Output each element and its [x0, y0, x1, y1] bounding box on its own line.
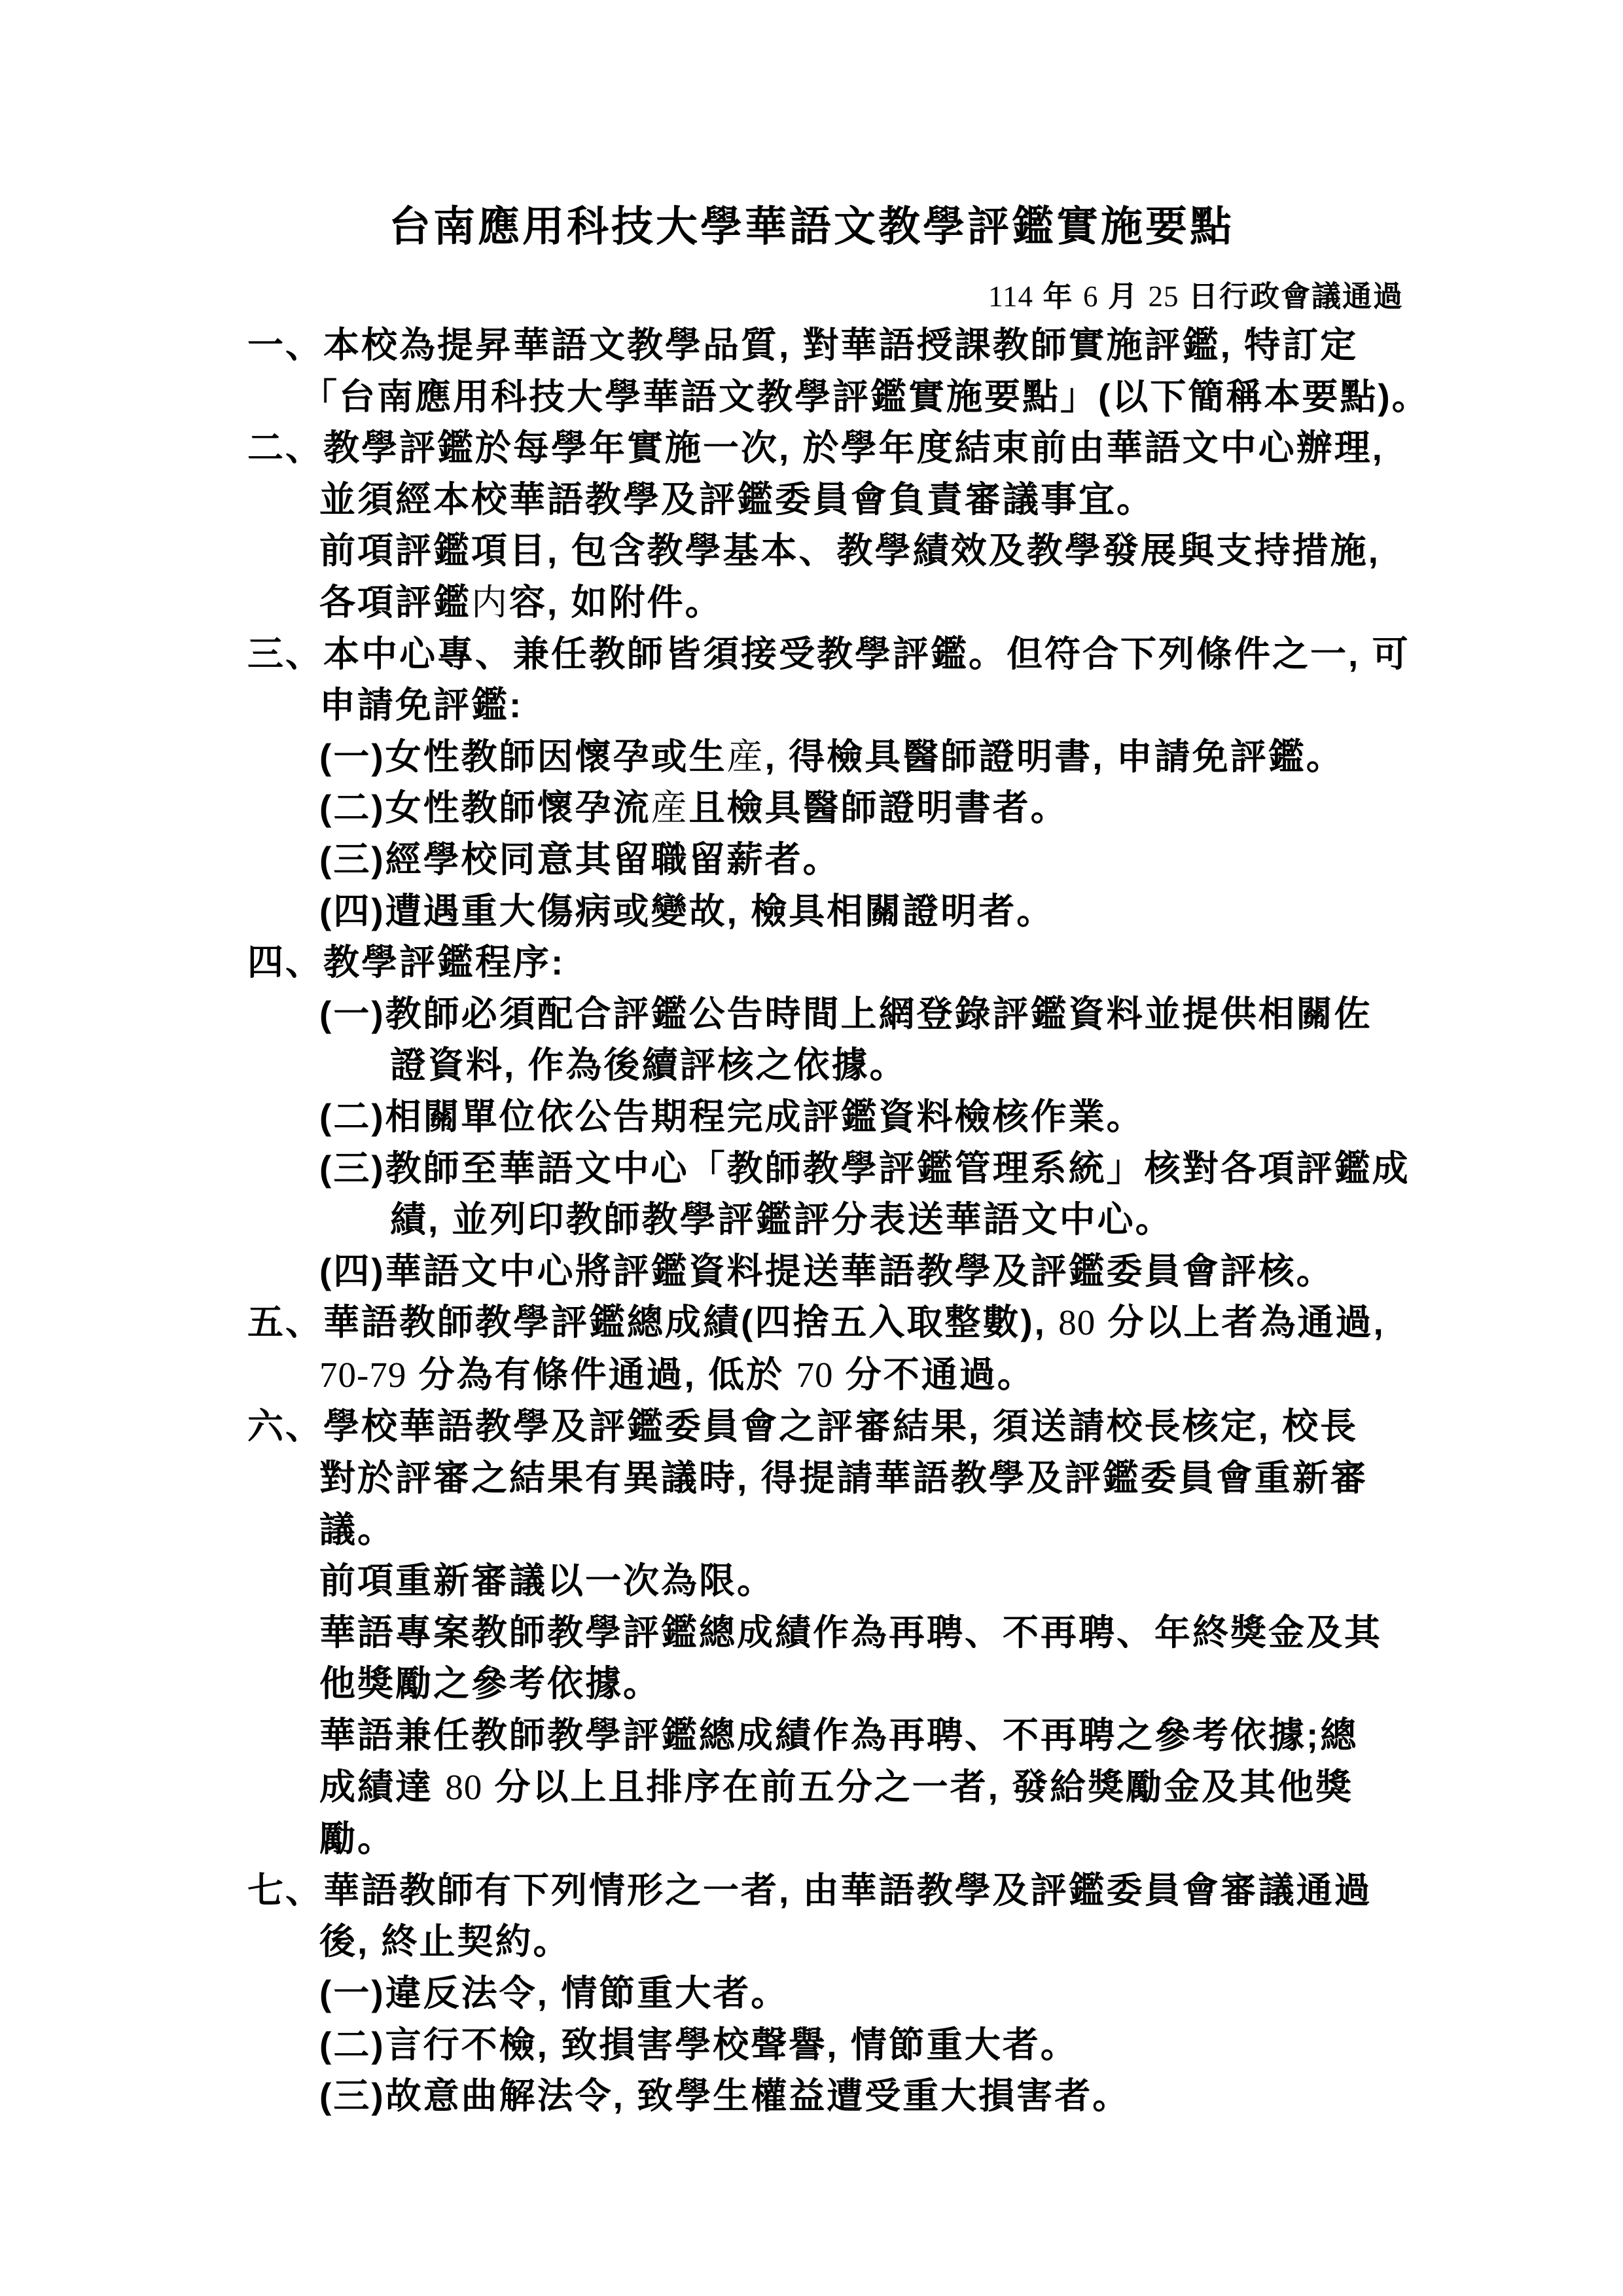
document-line: 四、教學評鑑程序:: [247, 937, 1419, 988]
document-line: 前項評鑑項目, 包含教學基本、教學績效及教學發展與支持措施,: [247, 525, 1419, 577]
document-line: (一)女性教師因懷孕或生産, 得檢具醫師證明書, 申請免評鑑。: [247, 731, 1419, 783]
document-line: (四)華語文中心將評鑑資料提送華語教學及評鑑委員會評核。: [247, 1246, 1419, 1297]
document-body: 一、本校為提昇華語文教學品質, 對華語授課教師實施評鑑, 特訂定「台南應用科技大…: [247, 319, 1419, 2122]
document-line: 五、華語教師教學評鑑總成績(四捨五入取整數), 80 分以上者為通過,: [247, 1297, 1419, 1349]
page: 台南應用科技大學華語文教學評鑑實施要點 114 年 6 月 25 日行政會議通過…: [0, 0, 1623, 2296]
approval-date-line: 114 年 6 月 25 日行政會議通過: [988, 272, 1404, 315]
document-line: 他獎勵之參考依據。: [247, 1658, 1419, 1710]
document-line: (二)言行不檢, 致損害學校聲譽, 情節重大者。: [247, 2019, 1419, 2071]
document-line: 70-79 分為有條件通過, 低於 70 分不通過。: [247, 1349, 1419, 1401]
document-line: 並須經本校華語教學及評鑑委員會負責審議事宜。: [247, 474, 1419, 526]
document-line: (四)遭遇重大傷病或變故, 檢具相關證明者。: [247, 886, 1419, 937]
document-line: 二、教學評鑑於每學年實施一次, 於學年度結束前由華語文中心辦理,: [247, 422, 1419, 474]
document-line: 一、本校為提昇華語文教學品質, 對華語授課教師實施評鑑, 特訂定: [247, 319, 1419, 371]
document-line: (一)教師必須配合評鑑公告時間上網登錄評鑑資料並提供相關佐: [247, 988, 1419, 1040]
document-line: 績, 並列印教師教學評鑑評分表送華語文中心。: [247, 1194, 1419, 1246]
document-line: 前項重新審議以一次為限。: [247, 1555, 1419, 1607]
document-line: 華語兼任教師教學評鑑總成績作為再聘、不再聘之參考依據;總: [247, 1710, 1419, 1761]
document-line: (三)故意曲解法令, 致學生權益遭受重大損害者。: [247, 2070, 1419, 2122]
document-line: (一)違反法令, 情節重大者。: [247, 1967, 1419, 2019]
document-line: 勵。: [247, 1813, 1419, 1865]
document-line: 後, 終止契約。: [247, 1916, 1419, 1967]
document-line: (三)經學校同意其留職留薪者。: [247, 834, 1419, 886]
document-line: 七、華語教師有下列情形之一者, 由華語教學及評鑑委員會審議通過: [247, 1865, 1419, 1916]
document-line: (二)女性教師懷孕流産且檢具醫師證明書者。: [247, 782, 1419, 834]
document-line: 對於評審之結果有異議時, 得提請華語教學及評鑑委員會重新審: [247, 1452, 1419, 1504]
document-line: (三)教師至華語文中心「教師教學評鑑管理系統」核對各項評鑑成: [247, 1143, 1419, 1194]
document-line: (二)相關單位依公告期程完成評鑑資料檢核作業。: [247, 1091, 1419, 1143]
document-line: 「台南應用科技大學華語文教學評鑑實施要點」(以下簡稱本要點)。: [247, 371, 1419, 423]
document-line: 六、學校華語教學及評鑑委員會之評審結果, 須送請校長核定, 校長: [247, 1401, 1419, 1452]
document-line: 華語專案教師教學評鑑總成績作為再聘、不再聘、年終獎金及其: [247, 1607, 1419, 1659]
document-line: 各項評鑑内容, 如附件。: [247, 577, 1419, 628]
document-line: 申請免評鑑:: [247, 679, 1419, 731]
document-title: 台南應用科技大學華語文教學評鑑實施要點: [0, 193, 1623, 253]
document-line: 成績達 80 分以上且排序在前五分之一者, 發給獎勵金及其他獎: [247, 1761, 1419, 1814]
document-line: 證資料, 作為後續評核之依據。: [247, 1039, 1419, 1091]
document-line: 三、本中心專、兼任教師皆須接受教學評鑑。但符合下列條件之一, 可: [247, 628, 1419, 680]
document-line: 議。: [247, 1504, 1419, 1556]
